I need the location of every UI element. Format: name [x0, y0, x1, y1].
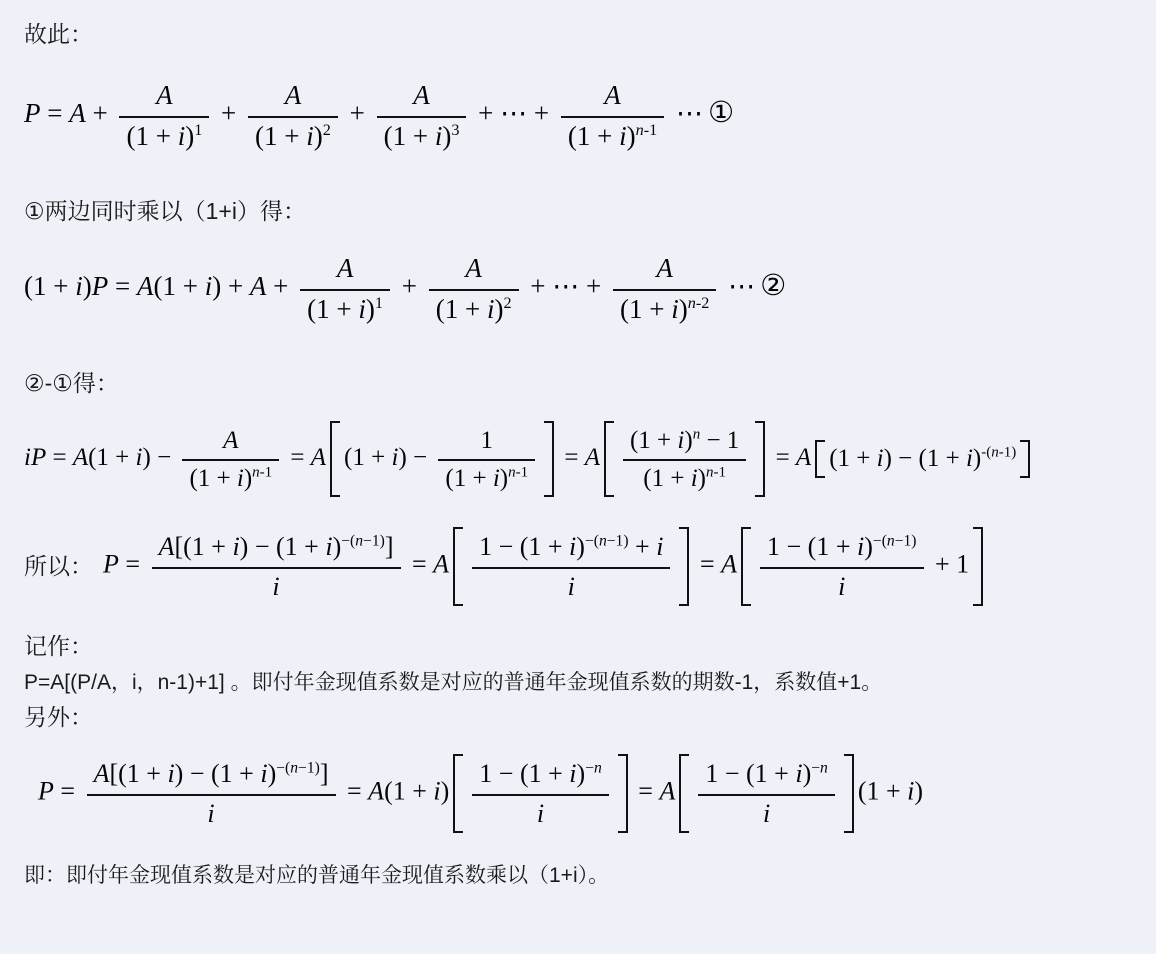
- denoted-as-label: 记作：: [24, 632, 1146, 662]
- therefore-row: 所以： P = A[(1 + i) − (1 + i)−(n−1)]i = A1…: [24, 527, 1146, 606]
- formula-2: (1 + i)P = A(1 + i) + A + A(1 + i)1 + A(…: [24, 251, 1146, 327]
- annuity-factor-note-line: P=A[(P/A，i，n-1)+1] 。即付年金现值系数是对应的普通年金现值系数…: [24, 668, 1146, 698]
- intro-label: 故此：: [24, 20, 1146, 50]
- conclusion-line: 即：即付年金现值系数是对应的普通年金现值系数乘以（1+i）。: [24, 861, 1146, 891]
- in-addition-label: 另外：: [24, 703, 1146, 733]
- document-page: 故此： P = A + A(1 + i)1 + A(1 + i)2 + A(1 …: [0, 0, 1156, 954]
- formula-4-present-value: P = A[(1 + i) − (1 + i)−(n−1)]i = A1 − (…: [103, 527, 987, 606]
- subtract-instruction-line: ②-①得：: [24, 369, 1146, 399]
- formula-5-alternative-form: P = A[(1 + i) − (1 + i)−(n−1)]i = A(1 + …: [38, 754, 1146, 833]
- therefore-label: 所以：: [24, 552, 93, 582]
- formula-3-ip-derivation: iP = A(1 + i) − A(1 + i)n-1 = A(1 + i) −…: [24, 421, 1146, 498]
- multiply-instruction-line: ①两边同时乘以（1+i）得：: [24, 197, 1146, 227]
- formula-1: P = A + A(1 + i)1 + A(1 + i)2 + A(1 + i)…: [24, 78, 1146, 154]
